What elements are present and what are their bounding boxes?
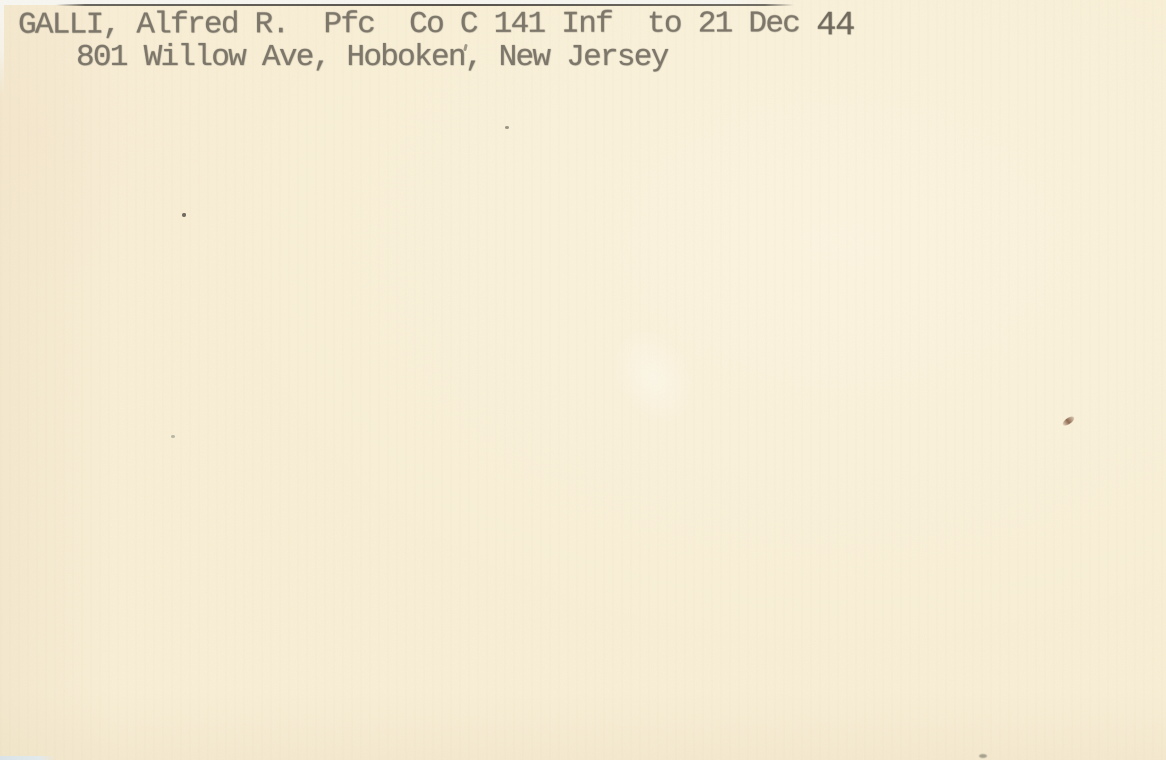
scanned-index-card: GALLI, Alfred R.PfcCo C 141 Infto 21 Dec… <box>0 0 1166 760</box>
transfer-year: 44 <box>816 8 854 44</box>
rank: Pfc <box>323 7 374 43</box>
scan-edge-left-white <box>0 0 4 95</box>
card-header-line: GALLI, Alfred R.PfcCo C 141 Infto 21 Dec… <box>18 5 854 43</box>
address-line: 801 Willow Ave, Hoboken, New Jersey <box>76 40 668 76</box>
service-member-name: GALLI, Alfred R. <box>18 7 289 43</box>
paper-striations <box>0 0 1166 760</box>
home-address: 801 Willow Ave, Hoboken, New Jersey <box>76 40 668 76</box>
unit: Co C 141 Inf <box>409 7 612 43</box>
transfer-date: to 21 Dec <box>647 6 799 42</box>
scan-edge-bottom-sliver <box>0 756 56 760</box>
